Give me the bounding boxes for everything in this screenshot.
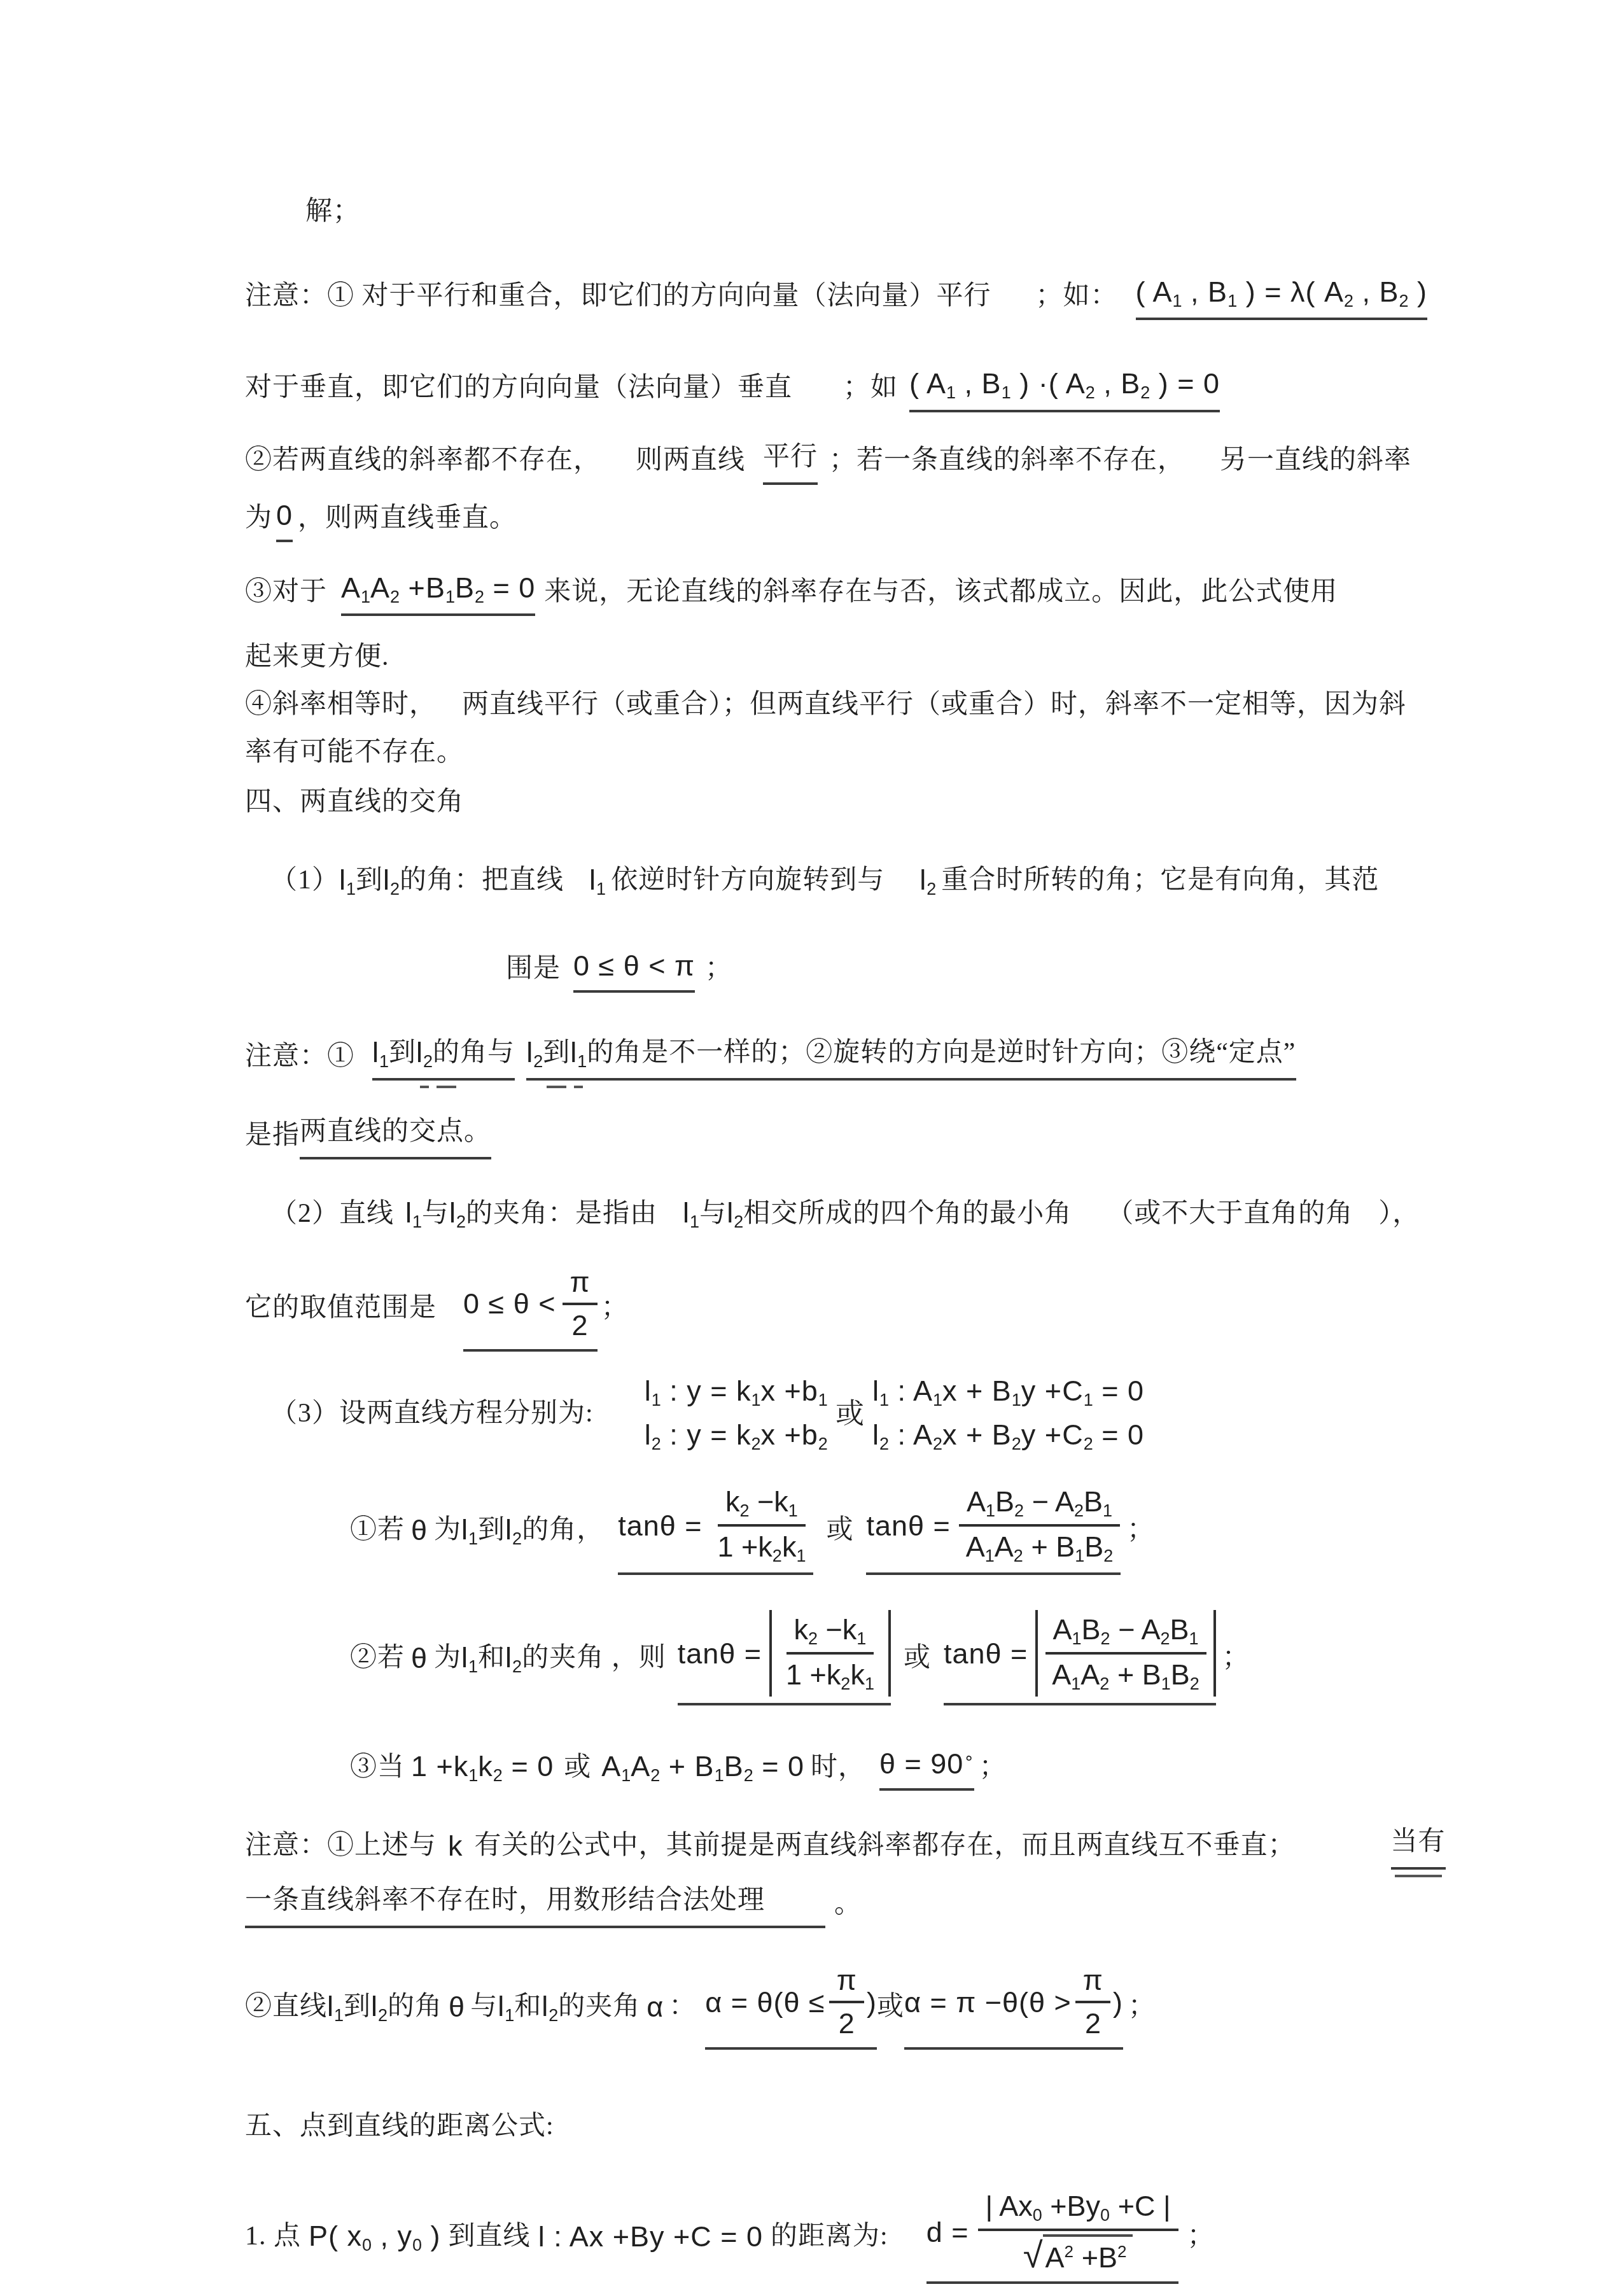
math-run: l1 <box>461 1637 478 1679</box>
text-run: ；如 <box>843 367 898 409</box>
note4-continued: 率有可能不存在。 <box>0 732 1622 773</box>
text-run: 重合时所转的角；它是有向角，其范 <box>941 860 1379 901</box>
math-run: θ <box>449 1987 465 2027</box>
text-run: 时， <box>811 1747 865 1788</box>
fraction-numerator: A1B2 − A2B1 <box>1045 1613 1206 1655</box>
text-run: 注意：①上述与 <box>245 1825 437 1866</box>
fraction: π2 <box>1075 1963 1110 2041</box>
text-run: ； <box>1128 1986 1156 2027</box>
note3-formula: ③对于A1A2 +B1B2 = 0来说，无论直线的斜率存在与否，该式都成立。因此… <box>0 568 1622 616</box>
text-run: ； <box>979 1747 1007 1788</box>
math-run: l2 <box>449 1193 466 1234</box>
note-angle-continued: 是指两直线的交点。 <box>0 1111 1622 1159</box>
text-run: ； <box>705 948 732 990</box>
math-run: tanθ = <box>866 1506 950 1546</box>
text-run: 与 <box>422 1193 449 1235</box>
text-run: ，则两直线垂直。 <box>298 498 517 539</box>
text-run: ； <box>1187 2216 1215 2257</box>
math-run: θ <box>411 1510 428 1550</box>
text-run: （或不大于直角的角 <box>1107 1193 1353 1235</box>
text-run: 或 <box>877 1986 904 2027</box>
text-run: 到 <box>478 1509 505 1551</box>
math-run: θ <box>411 1638 428 1678</box>
math-run: l1 <box>405 1193 422 1234</box>
text-run: ： <box>669 1986 696 2027</box>
note3-continued: 起来更方便. <box>0 636 1622 678</box>
text-run: ①若 <box>350 1509 405 1551</box>
formula-group: α = θ(θ ≤π2) <box>705 1963 877 2050</box>
note4-slopes-equal: ④斜率相等时，两直线平行（或重合）；但两直线平行（或重合）时，斜率不一定相等，因… <box>0 684 1622 725</box>
text-run: 两直线平行（或重合）；但两直线平行（或重合）时，斜率不一定相等，因为斜 <box>462 684 1406 725</box>
text-run: 对于垂直，即它们的方向向量（法向量）垂直 <box>245 367 792 409</box>
text-run: ； <box>1127 1509 1154 1551</box>
text-run: ②若两直线的斜率都不存在， <box>245 440 601 481</box>
text-run: 到 <box>344 1986 371 2027</box>
text-run: 为 <box>245 498 272 539</box>
math-run: l1 <box>683 1193 699 1234</box>
equation-stack: l1 : y = k1x +b1l2 : y = k2x +b2 <box>645 1371 828 1457</box>
text-run: ④斜率相等时， <box>245 684 437 725</box>
math-run: A1A2 +B1B2 = 0 <box>341 568 535 616</box>
text-run: 与 <box>470 1986 498 2027</box>
item3-equations: （3）设两直线方程分别为:l1 : y = k1x +b1l2 : y = k2… <box>0 1371 1622 1457</box>
math-run: P( x0 , y0 ) <box>309 2216 441 2257</box>
sub3-right-angle: ③当1 +k1k2 = 0或A1A2 + B1B2 = 0时，θ = 90∘； <box>0 1744 1622 1791</box>
text-run: 来说，无论直线的斜率存在与否，该式都成立。因此，此公式使用 <box>544 571 1338 613</box>
document-page: 解；注意：① 对于平行和重合，即它们的方向向量（法向量）平行；如：( A1 , … <box>0 0 1622 2296</box>
distance-formula: 1. 点P( x0 , y0 )到直线l : Ax +By +C = 0的距离为… <box>0 2189 1622 2284</box>
note2-continued: 为 0 ，则两直线垂直。 <box>0 495 1622 542</box>
text-run: 另一直线的斜率 <box>1220 440 1411 481</box>
math-run: l2 <box>383 860 400 901</box>
math-run: ) <box>1113 1982 1123 2022</box>
math-run: l2 <box>727 1193 743 1234</box>
note2-no-slope: ②若两直线的斜率都不存在，则两直线平行；若一条直线的斜率不存在，另一直线的斜率 <box>0 437 1622 485</box>
text-run: （2）直线 <box>270 1193 394 1235</box>
math-run: l2 <box>416 1032 433 1081</box>
item1-angle-def: （1）l1到l2的角：把直线l1依逆时针方向旋转到与l2重合时所转的角；它是有向… <box>0 860 1622 901</box>
text-run: 围是 <box>506 948 561 990</box>
fraction-numerator: π <box>563 1265 598 1305</box>
math-run: θ = 90∘ <box>879 1744 974 1791</box>
note-angle-order: 注意：①l1到l2的角与l2到l1的角是不一样的；②旋转的方向是逆时针方向；③绕… <box>0 1032 1622 1081</box>
text-run: 五、点到直线的距离公式: <box>245 2106 554 2147</box>
text-run: 解； <box>305 191 360 232</box>
text-run: ；若一条直线的斜率不存在， <box>829 440 1185 481</box>
text-run: 相交所成的四个角的最小角 <box>743 1193 1072 1235</box>
math-run: 0 <box>276 495 293 542</box>
math-run: l1 <box>372 1032 389 1081</box>
text-run: 平行 <box>763 437 818 485</box>
note1-parallel: 注意：① 对于平行和重合，即它们的方向向量（法向量）平行；如：( A1 , B1… <box>0 272 1622 320</box>
item2-included-angle: （2）直线l1与l2的夹角：是指由l1与l2相交所成的四个角的最小角（或不大于直… <box>0 1193 1622 1234</box>
fraction: k2 −k11 +k2k1 <box>710 1485 814 1566</box>
math-run: α <box>647 1987 664 2027</box>
text-run: ③当 <box>350 1747 405 1788</box>
item1-range: 围是0 ≤ θ < π； <box>0 946 1622 993</box>
note-k-continued: 一条直线斜率不存在时，用数形结合法处理。 <box>0 1880 1622 1928</box>
equation-row: l2 : A2x + B2y +C2 = 0 <box>872 1415 1144 1456</box>
text-run: 的夹角 <box>558 1986 640 2027</box>
text-run: 到直线 <box>449 2216 531 2257</box>
sub2-alpha-relation: ②直线l1到l2的角θ与l1和l2的夹角α：α = θ(θ ≤π2)或α = π… <box>0 1963 1622 2050</box>
math-run: α = π −θ(θ > <box>904 1982 1072 2022</box>
fraction: π2 <box>563 1265 598 1343</box>
text-run: 起来更方便. <box>245 636 389 678</box>
math-run: ( A1 , B1 ) = λ( A2 , B2 ) <box>1136 272 1428 320</box>
text-run: 1. 点 <box>245 2216 301 2257</box>
math-run: 1 +k1k2 = 0 <box>411 1746 554 1788</box>
text-run: 注意：① <box>245 1036 354 1077</box>
text-run: ②直线 <box>245 1986 327 2027</box>
text-run: 的角：把直线 <box>400 860 564 901</box>
text-run: 的夹角 ，则 <box>522 1637 666 1679</box>
math-run: l1 <box>339 860 356 901</box>
text-run: （3）设两直线方程分别为: <box>270 1393 594 1434</box>
math-run: l2 <box>505 1637 522 1679</box>
fraction-denominator: √A2 +B2 <box>1016 2231 1141 2275</box>
math-run: tanθ = <box>944 1634 1028 1674</box>
fraction-numerator: A1B2 − A2B1 <box>959 1485 1120 1527</box>
math-run: 或 <box>835 1394 865 1434</box>
equation-row: l1 : A1x + B1y +C1 = 0 <box>872 1371 1144 1412</box>
text-run: 的距离为: <box>771 2216 888 2257</box>
math-run: l : Ax +By +C = 0 <box>538 2216 763 2257</box>
math-run: l2 <box>526 1032 543 1081</box>
text-run: 则两直线 <box>636 440 745 481</box>
radicand: A2 +B2 <box>1043 2234 1133 2275</box>
formula-group: 0 ≤ θ <π2 <box>463 1265 598 1352</box>
text-run: 到 <box>356 860 383 901</box>
fraction-numerator: | Ax0 +By0 +C | <box>978 2189 1178 2231</box>
text-run: 注意：① 对于平行和重合，即它们的方向向量（法向量）平行 <box>245 276 991 317</box>
text-run: 角与 <box>460 1032 515 1081</box>
fraction-numerator: π <box>1075 1963 1110 2003</box>
fraction-absolute-value: k2 −k11 +k2k1 <box>769 1610 891 1697</box>
math-run: l1 <box>461 1509 478 1551</box>
text-run: 为 <box>434 1637 461 1679</box>
text-run: 的角 <box>388 1986 442 2027</box>
equation-stack: l1 : A1x + B1y +C1 = 0l2 : A2x + B2y +C2… <box>872 1371 1144 1457</box>
text-run: ； <box>1222 1637 1250 1679</box>
text-run: 或 <box>826 1509 853 1551</box>
math-run: l2 <box>371 1986 388 2027</box>
radical-sign-icon: √ <box>1023 2238 1043 2272</box>
math-run: l1 <box>570 1032 587 1081</box>
math-run: A1A2 + B1B2 = 0 <box>601 1746 804 1788</box>
text-run: 依逆时针方向旋转到与 <box>611 860 884 901</box>
text-run: 与 <box>699 1193 727 1235</box>
text-run: 它的取值范围是 <box>245 1287 437 1329</box>
fraction-denominator: 2 <box>564 1305 596 1343</box>
text-run: 一条直线斜率不存在时，用数形结合法处理 <box>245 1880 825 1928</box>
text-run: ③对于 <box>245 571 327 613</box>
math-run: 0 ≤ θ < π <box>573 946 695 993</box>
fraction-numerator: k2 −k1 <box>787 1613 874 1655</box>
text-run: 和 <box>514 1986 542 2027</box>
sub1-angle-tan: ①若θ为l1到l2的角，tanθ =k2 −k11 +k2k1或tanθ =A1… <box>0 1485 1622 1575</box>
formula-group: tanθ =k2 −k11 +k2k1 <box>678 1610 891 1705</box>
text-run: 到 <box>543 1032 570 1081</box>
text-run: ；如： <box>1036 276 1118 317</box>
fraction: A1B2 − A2B1A1A2 + B1B2 <box>958 1485 1121 1566</box>
text-run: 四、两直线的交角 <box>245 781 464 823</box>
math-run: l2 <box>542 1986 558 2027</box>
math-run: l1 <box>327 1986 344 2027</box>
section5-title: 五、点到直线的距离公式: <box>0 2106 1622 2147</box>
formula-group: α = π −θ(θ >π2) <box>904 1963 1123 2050</box>
note1-perpendicular: 对于垂直，即它们的方向向量（法向量）垂直；如( A1 , B1 ) ·( A2 … <box>0 363 1622 412</box>
math-run: α = θ(θ ≤ <box>705 1982 825 2022</box>
formula-group: d =| Ax0 +By0 +C |√A2 +B2 <box>926 2189 1178 2284</box>
formula-group: tanθ =A1B2 − A2B1A1A2 + B1B2 <box>866 1485 1121 1575</box>
fraction-absolute-value: A1B2 − A2B1A1A2 + B1B2 <box>1035 1610 1215 1697</box>
text-run: 两直线的交点。 <box>300 1111 491 1159</box>
text-run: 的角， <box>522 1509 604 1551</box>
math-run: l2 <box>919 860 936 901</box>
section4-title: 四、两直线的交角 <box>0 781 1622 823</box>
text-run: 的夹角：是指由 <box>466 1193 657 1235</box>
equation-row: l2 : y = k2x +b2 <box>645 1415 828 1456</box>
square-root: √A2 +B2 <box>1023 2234 1133 2275</box>
text-run: （1） <box>270 860 339 901</box>
solution-label: 解； <box>0 191 1622 232</box>
math-run: tanθ = <box>678 1634 762 1674</box>
fraction-denominator: 2 <box>831 2003 862 2041</box>
text-run: 的角是不一样的；②旋转的方向是逆时针方向；③绕“定点” <box>587 1032 1296 1081</box>
text-run: 是指 <box>245 1115 300 1156</box>
math-run: d = <box>926 2212 969 2252</box>
fraction: | Ax0 +By0 +C |√A2 +B2 <box>978 2189 1178 2275</box>
fraction-denominator: A1A2 + B1B2 <box>1044 1655 1206 1694</box>
text-run: 。 <box>834 1884 862 1925</box>
formula-group: tanθ =k2 −k11 +k2k1 <box>618 1485 813 1575</box>
sub2-included-tan: ②若θ为l1和l2的夹角 ，则tanθ =k2 −k11 +k2k1或tanθ … <box>0 1610 1622 1705</box>
math-run: ( A1 , B1 ) ·( A2 , B2 ) = 0 <box>909 363 1220 412</box>
math-run: l1 <box>589 860 606 901</box>
math-run: l2 <box>505 1509 522 1551</box>
math-run: l1 <box>498 1986 514 2027</box>
fraction: π2 <box>829 1963 864 2041</box>
fraction-denominator: A1A2 + B1B2 <box>958 1527 1121 1566</box>
text-run: ； <box>601 1287 629 1329</box>
text-run: ）， <box>1378 1193 1420 1235</box>
text-run: 和 <box>478 1637 505 1679</box>
text-run: 或 <box>564 1747 591 1788</box>
text-run: 的 <box>433 1032 460 1081</box>
item2-range: 它的取值范围是0 ≤ θ <π2； <box>0 1265 1622 1352</box>
math-run: 0 ≤ θ < <box>463 1284 556 1324</box>
fraction-numerator: k2 −k1 <box>718 1485 806 1527</box>
text-run: 当有 <box>1391 1821 1446 1870</box>
fraction-denominator: 1 +k2k1 <box>778 1655 882 1694</box>
text-run: ②若 <box>350 1637 405 1679</box>
equation-row: l1 : y = k1x +b1 <box>645 1371 828 1412</box>
text-run: 有关的公式中，其前提是两直线斜率都存在，而且两直线互不垂直； <box>475 1825 1296 1866</box>
fraction-numerator: π <box>829 1963 864 2003</box>
text-run: 率有可能不存在。 <box>245 732 464 773</box>
fraction-denominator: 2 <box>1077 2003 1108 2041</box>
formula-group: tanθ =A1B2 − A2B1A1A2 + B1B2 <box>944 1610 1216 1705</box>
note-k-formula: 注意：①上述与k有关的公式中，其前提是两直线斜率都存在，而且两直线互不垂直；当有 <box>0 1821 1622 1870</box>
fraction-denominator: 1 +k2k1 <box>710 1527 814 1566</box>
math-run: ) <box>867 1982 877 2022</box>
text-run: 或 <box>904 1637 931 1679</box>
math-run: k <box>448 1826 463 1866</box>
math-run: tanθ = <box>618 1506 702 1546</box>
text-run: 为 <box>434 1509 461 1551</box>
text-run: 到 <box>389 1032 416 1081</box>
